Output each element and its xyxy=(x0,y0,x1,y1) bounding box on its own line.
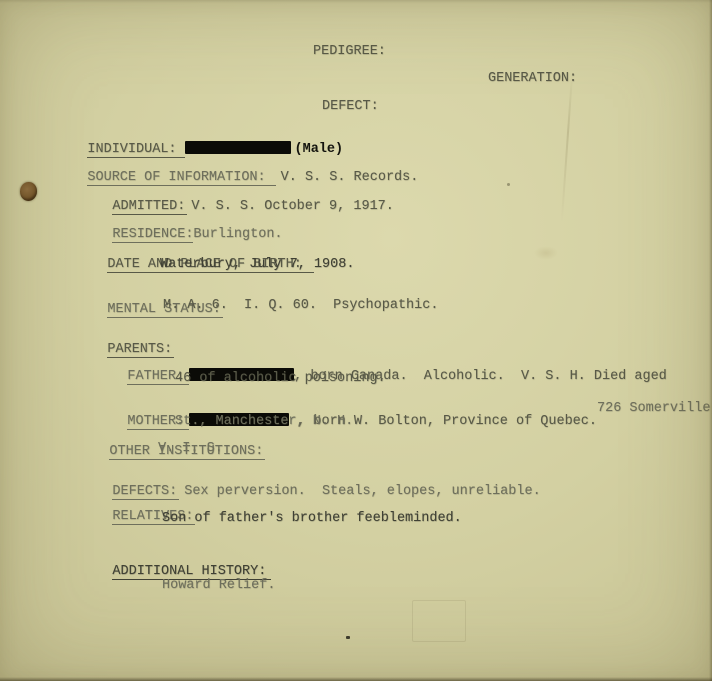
redaction-bar-individual xyxy=(185,141,291,154)
ink-speck xyxy=(346,636,350,639)
faint-stain xyxy=(534,246,558,260)
paper-crease xyxy=(561,72,573,222)
title-pedigree: PEDIGREE: xyxy=(313,44,386,60)
other-institutions-value: V. I. S. xyxy=(158,441,223,457)
faint-impression xyxy=(412,600,466,642)
defects-value: Sex perversion. Steals, elopes, unreliab… xyxy=(184,484,540,499)
residence-value: Burlington. xyxy=(193,227,282,242)
additional-history-value: Howard Relief. xyxy=(162,578,275,594)
mother-address-right: 726 Somerville xyxy=(597,401,710,417)
birth-value: Waterbury, July 7, 1908. xyxy=(160,257,354,273)
mental-status-value: M. A. 6. I. Q. 60. Psychopathic. xyxy=(163,298,438,314)
father-text-line2: 46 of alcoholic poisoning. xyxy=(175,371,386,387)
relatives-value: Son of father's brother feebleminded. xyxy=(162,511,462,527)
faint-dot xyxy=(507,183,510,186)
title-defect: DEFECT: xyxy=(322,99,379,115)
title-generation: GENERATION: xyxy=(488,71,577,87)
pedigree-document-page: PEDIGREE: GENERATION: DEFECT: INDIVIDUAL… xyxy=(0,0,712,681)
paper-hole-mark xyxy=(20,182,37,201)
